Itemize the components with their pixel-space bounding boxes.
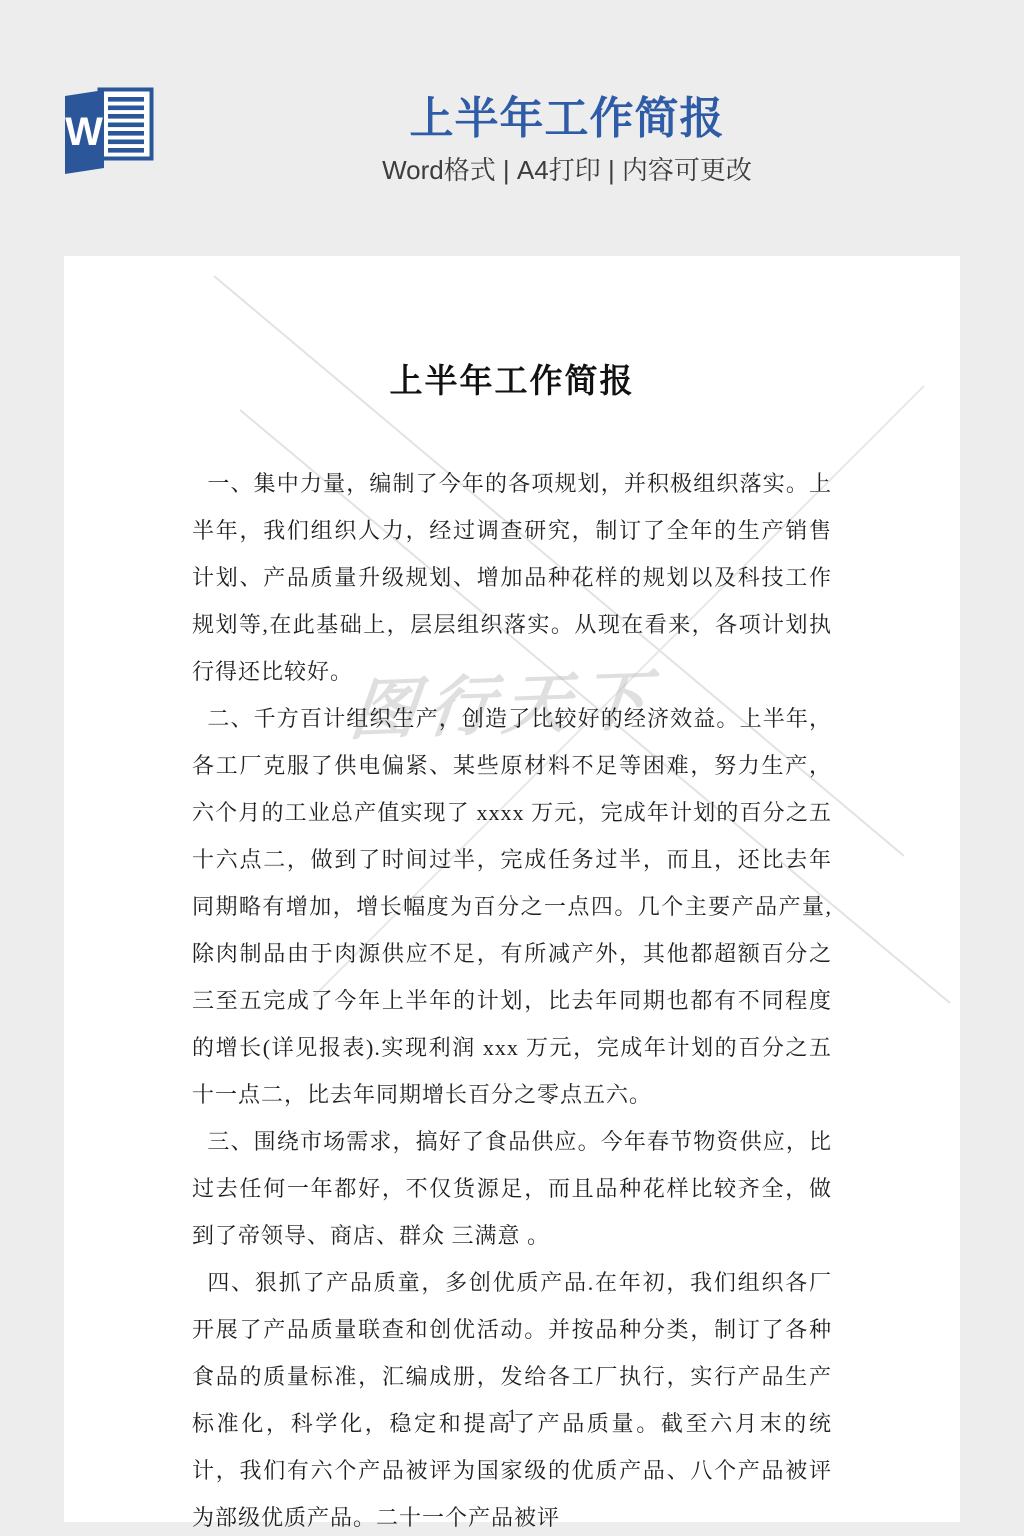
page-number: 1 [64, 1406, 960, 1428]
header-title: 上半年工作简报 [110, 92, 1024, 146]
page-content: 上半年工作简报 一、集中力量，编制了今年的各项规划，并积极组织落实。上半年，我们… [64, 256, 960, 1536]
paragraph-2: 二、千方百计组织生产，创造了比较好的经济效益。上半年，各工厂克服了供电偏紧、某些… [192, 695, 832, 1118]
paragraph-3: 三、围绕市场需求，搞好了食品供应。今年春节物资供应，比过去任何一年都好，不仅货源… [192, 1118, 832, 1259]
header-text-block: 上半年工作简报 Word格式 | A4打印 | 内容可更改 [0, 0, 1024, 186]
app-header: W 上半年工作简报 Word格式 | A4打印 | 内容可更改 [0, 0, 1024, 256]
paragraph-4: 四、狠抓了产品质童，多创优质产品.在年初，我们组织各厂开展了产品质量联查和创优活… [192, 1259, 832, 1536]
document-page: 图行天下 上半年工作简报 一、集中力量，编制了今年的各项规划，并积极组织落实。上… [64, 256, 960, 1522]
document-title: 上半年工作简报 [64, 256, 960, 402]
document-body: 一、集中力量，编制了今年的各项规划，并积极组织落实。上半年，我们组织人力，经过调… [64, 460, 960, 1536]
paragraph-1: 一、集中力量，编制了今年的各项规划，并积极组织落实。上半年，我们组织人力，经过调… [192, 460, 832, 695]
header-subtitle: Word格式 | A4打印 | 内容可更改 [110, 154, 1024, 186]
